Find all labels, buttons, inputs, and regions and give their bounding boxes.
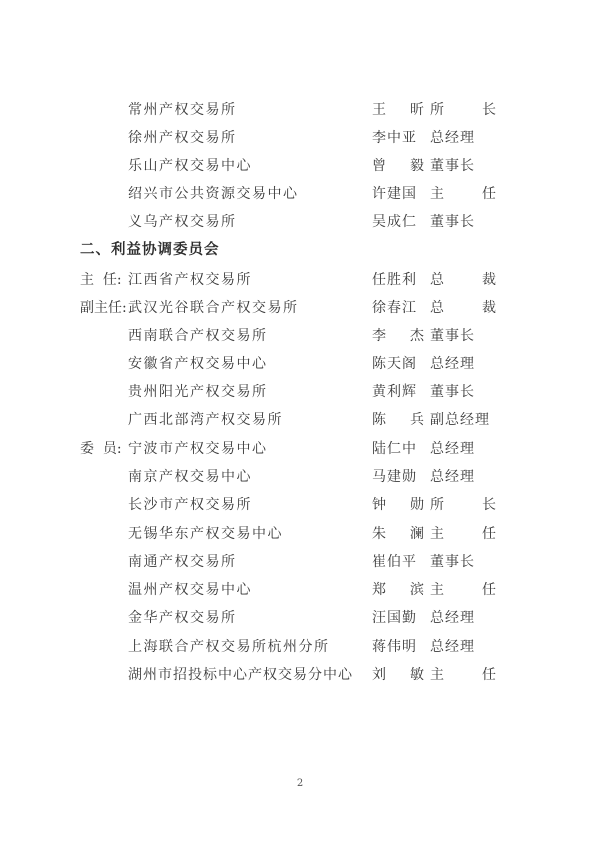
organization: 乐山产权交易中心: [128, 155, 252, 177]
position-title: 总裁: [430, 269, 496, 291]
section-heading: 二、利益协调委员会: [80, 239, 220, 261]
person-name: 李杰: [372, 325, 424, 347]
position-title: 总经理: [430, 438, 496, 460]
person-name: 黄利辉: [372, 381, 424, 403]
position-title: 总裁: [430, 297, 496, 319]
position-title: 总经理: [430, 607, 496, 629]
position-title: 董事长: [430, 381, 496, 403]
member-row: 上海联合产权交易所杭州分所 蒋伟明 总经理: [0, 636, 600, 658]
person-name: 徐春江: [372, 297, 424, 319]
person-name: 汪国勤: [372, 607, 424, 629]
person-name: 陈天阁: [372, 353, 424, 375]
organization: 宁波市产权交易中心: [128, 438, 268, 460]
member-row: 徐州产权交易所 李中亚 总经理: [0, 127, 600, 149]
person-name: 曾毅: [372, 155, 424, 177]
member-row: 义乌产权交易所 吴成仁 董事长: [0, 211, 600, 233]
organization: 贵州阳光产权交易所: [128, 381, 268, 403]
position-title: 董事长: [430, 325, 496, 347]
organization: 温州产权交易中心: [128, 579, 252, 601]
role-label: 副主任:: [80, 297, 127, 319]
organization: 徐州产权交易所: [128, 127, 237, 149]
person-name: 任胜利: [372, 269, 424, 291]
position-title: 主任: [430, 523, 496, 545]
organization: 西南联合产权交易所: [128, 325, 268, 347]
organization: 江西省产权交易所: [128, 269, 252, 291]
position-title: 总经理: [430, 353, 496, 375]
position-title: 主任: [430, 664, 496, 686]
organization: 上海联合产权交易所杭州分所: [128, 636, 330, 658]
position-title: 副总经理: [430, 409, 496, 431]
person-name: 吴成仁: [372, 211, 424, 233]
organization: 无锡华东产权交易中心: [128, 523, 283, 545]
person-name: 蒋伟明: [372, 636, 424, 658]
member-row: 西南联合产权交易所 李杰 董事长: [0, 325, 600, 347]
organization: 南京产权交易中心: [128, 466, 252, 488]
position-title: 总经理: [430, 127, 496, 149]
position-title: 总经理: [430, 636, 496, 658]
position-title: 所长: [430, 99, 496, 121]
member-row: 绍兴市公共资源交易中心 许建国 主任: [0, 183, 600, 205]
member-row: 贵州阳光产权交易所 黄利辉 董事长: [0, 381, 600, 403]
person-name: 郑滨: [372, 579, 424, 601]
member-row: 金华产权交易所 汪国勤 总经理: [0, 607, 600, 629]
organization: 义乌产权交易所: [128, 211, 237, 233]
section-heading-row: 二、利益协调委员会: [0, 239, 600, 261]
member-row: 乐山产权交易中心 曾毅 董事长: [0, 155, 600, 177]
position-title: 董事长: [430, 211, 496, 233]
person-name: 许建国: [372, 183, 424, 205]
role-label: 委 员:: [80, 438, 122, 460]
member-row: 副主任: 武汉光谷联合产权交易所 徐春江 总裁: [0, 297, 600, 319]
person-name: 崔伯平: [372, 551, 424, 573]
person-name: 朱澜: [372, 523, 424, 545]
organization: 南通产权交易所: [128, 551, 237, 573]
member-row: 广西北部湾产权交易所 陈兵 副总经理: [0, 409, 600, 431]
position-title: 董事长: [430, 155, 496, 177]
member-row: 南通产权交易所 崔伯平 董事长: [0, 551, 600, 573]
organization: 绍兴市公共资源交易中心: [128, 183, 299, 205]
member-row: 南京产权交易中心 马建勋 总经理: [0, 466, 600, 488]
organization: 常州产权交易所: [128, 99, 237, 121]
member-row: 常州产权交易所 王昕 所长: [0, 99, 600, 121]
member-row: 安徽省产权交易中心 陈天阁 总经理: [0, 353, 600, 375]
member-row: 湖州市招投标中心产权交易分中心 刘敏 主任: [0, 664, 600, 686]
person-name: 陈兵: [372, 409, 424, 431]
position-title: 所长: [430, 494, 496, 516]
position-title: 主任: [430, 183, 496, 205]
organization: 长沙市产权交易所: [128, 494, 252, 516]
organization: 广西北部湾产权交易所: [128, 409, 283, 431]
organization: 湖州市招投标中心产权交易分中心: [128, 664, 353, 686]
member-row: 委 员: 宁波市产权交易中心 陆仁中 总经理: [0, 438, 600, 460]
position-title: 董事长: [430, 551, 496, 573]
role-label: 主 任:: [80, 269, 122, 291]
member-row: 无锡华东产权交易中心 朱澜 主任: [0, 523, 600, 545]
person-name: 刘敏: [372, 664, 424, 686]
organization: 金华产权交易所: [128, 607, 237, 629]
person-name: 陆仁中: [372, 438, 424, 460]
member-row: 长沙市产权交易所 钟勋 所长: [0, 494, 600, 516]
member-row: 主 任: 江西省产权交易所 任胜利 总裁: [0, 269, 600, 291]
person-name: 王昕: [372, 99, 424, 121]
person-name: 李中亚: [372, 127, 424, 149]
person-name: 钟勋: [372, 494, 424, 516]
member-row: 温州产权交易中心 郑滨 主任: [0, 579, 600, 601]
organization: 安徽省产权交易中心: [128, 353, 268, 375]
position-title: 总经理: [430, 466, 496, 488]
page-number: 2: [0, 778, 600, 789]
position-title: 主任: [430, 579, 496, 601]
organization: 武汉光谷联合产权交易所: [128, 297, 299, 319]
person-name: 马建勋: [372, 466, 424, 488]
